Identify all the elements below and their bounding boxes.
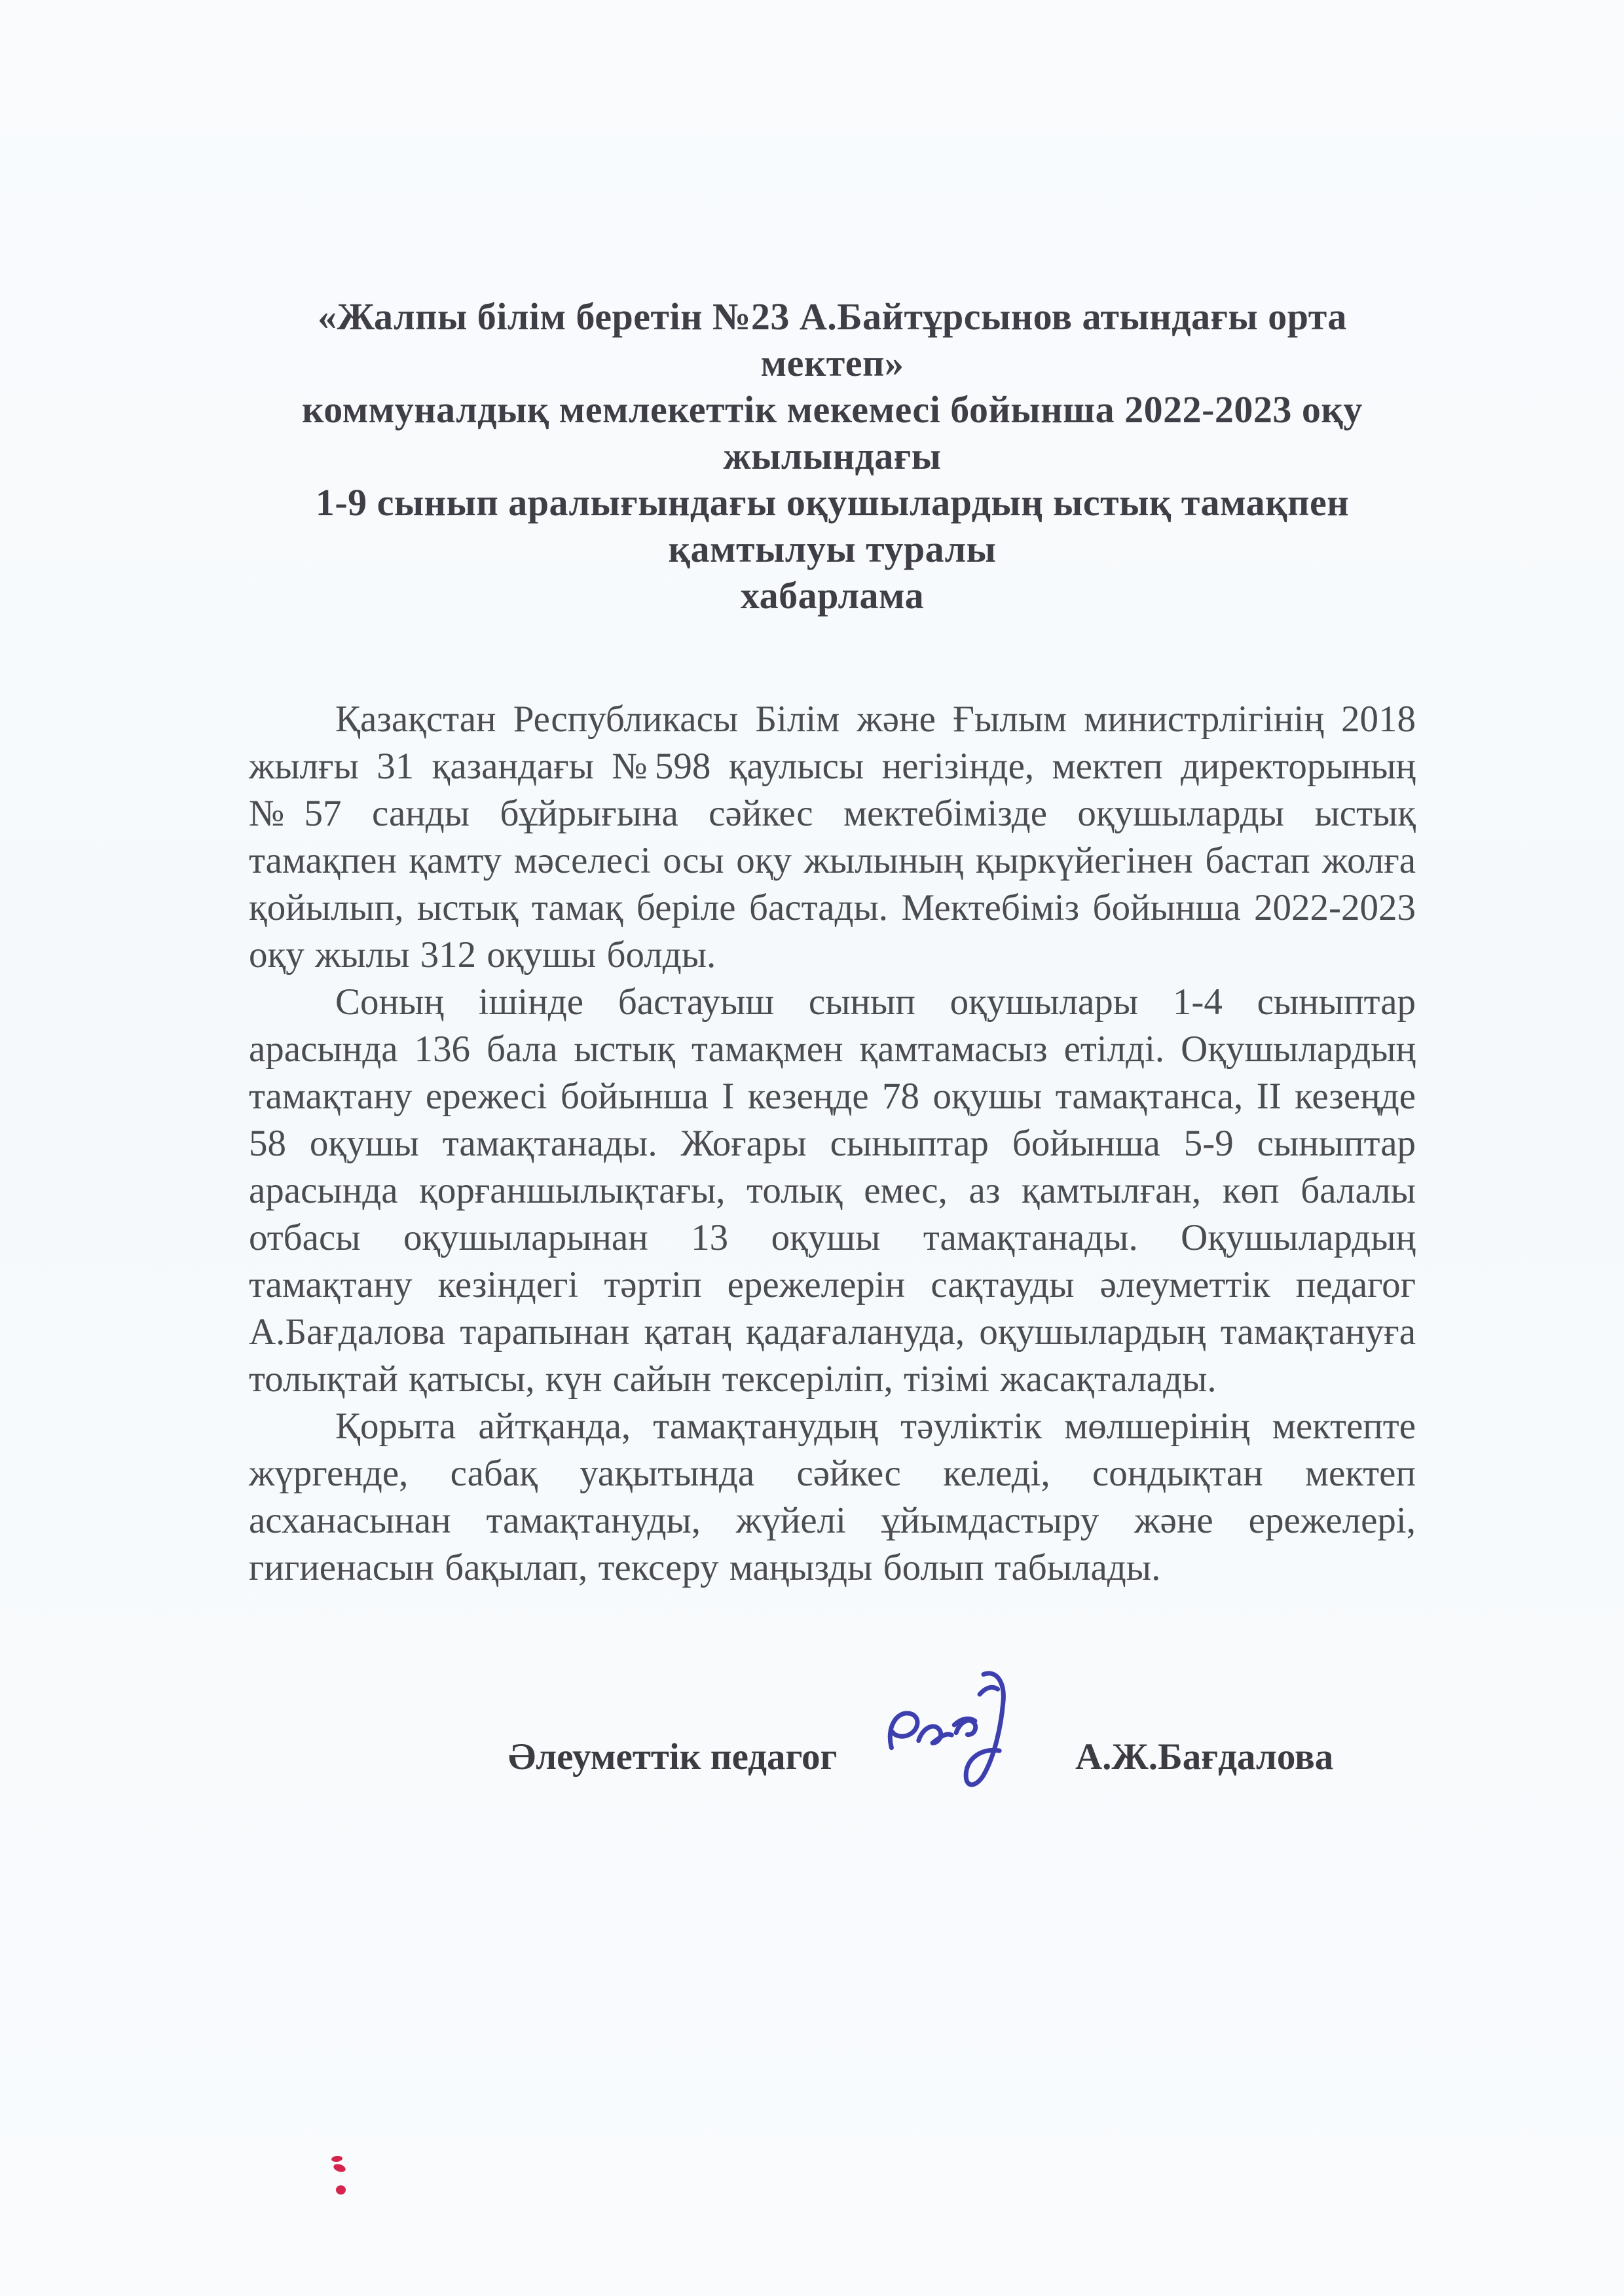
title-line-1: «Жалпы білім беретін №23 А.Байтұрсынов а… bbox=[249, 293, 1416, 386]
paragraph-3: Қорыта айтқанда, тамақтанудың тәуліктік … bbox=[249, 1403, 1416, 1592]
title-line-2: коммуналдық мемлекеттік мекемесі бойынша… bbox=[249, 386, 1416, 479]
handwritten-signature-ink bbox=[872, 1652, 1033, 1812]
document-body: «Жалпы білім беретін №23 А.Байтұрсынов а… bbox=[249, 293, 1416, 1813]
title-line-4: хабарлама bbox=[249, 572, 1416, 619]
signature-glyph-svg bbox=[872, 1652, 1033, 1812]
red-ink-speck-2 bbox=[333, 2162, 346, 2173]
paragraph-1: Қазақстан Республикасы Білім және Ғылым … bbox=[249, 696, 1416, 979]
title-line-3: 1-9 сынып аралығындағы оқушылардың ыстық… bbox=[249, 479, 1416, 572]
red-ink-speck-1 bbox=[331, 2155, 343, 2162]
signature-name: А.Ж.Бағдалова bbox=[1075, 1736, 1333, 1778]
signature-block: Әлеуметтік педагог А.Ж.Бағдалова bbox=[249, 1675, 1416, 1813]
red-ink-speck-3 bbox=[336, 2185, 346, 2195]
document-title: «Жалпы білім беретін №23 А.Байтұрсынов а… bbox=[249, 293, 1416, 619]
scanned-document-page: «Жалпы білім беретін №23 А.Байтұрсынов а… bbox=[0, 0, 1624, 2296]
signature-role-label: Әлеуметтік педагог bbox=[508, 1736, 837, 1778]
paragraph-2: Соның ішінде бастауыш сынып оқушылары 1-… bbox=[249, 979, 1416, 1403]
